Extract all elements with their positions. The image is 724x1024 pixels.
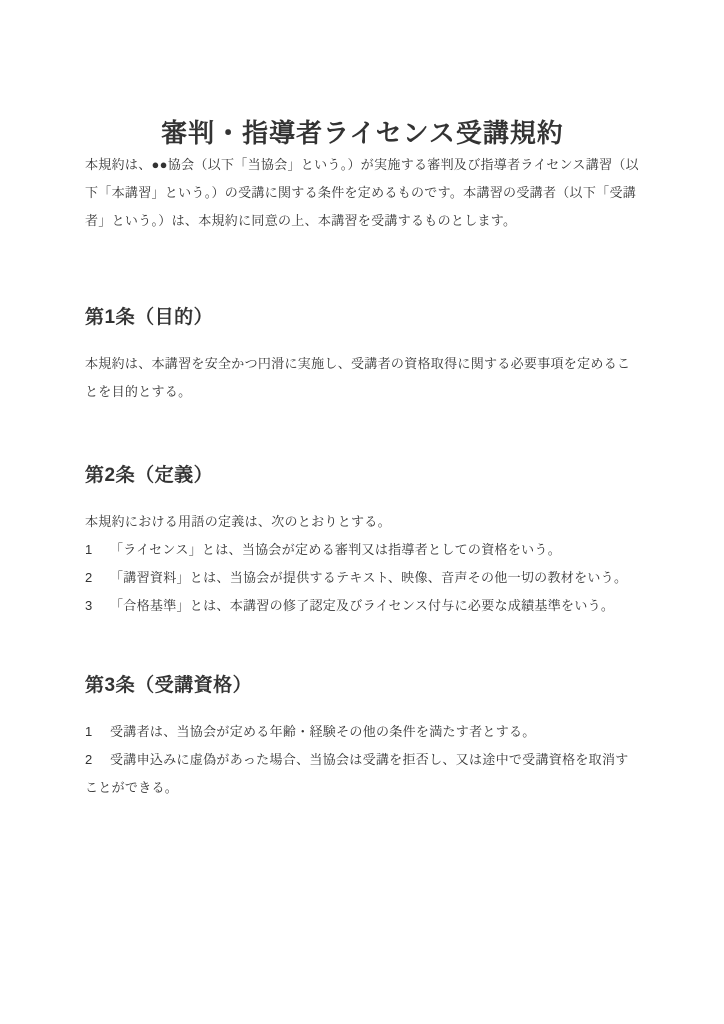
item-text: 受講者は、当協会が定める年齢・経験その他の条件を満たす者とする。 [110,724,536,739]
item-number: 1 [85,718,94,746]
document-page: 審判・指導者ライセンス受講規約 本規約は、●●協会（以下「当協会」という。）が実… [0,0,724,1024]
section-heading-article-2: 第2条（定義） [85,462,640,490]
section-paragraph: 本規約における用語の定義は、次のとおりとする。 [85,508,640,536]
numbered-item: 2「講習資料」とは、当協会が提供するテキスト、映像、音声その他一切の教材をいう。 [85,564,640,592]
item-text: 「ライセンス」とは、当協会が定める審判又は指導者としての資格をいう。 [110,542,561,557]
numbered-item: 3「合格基準」とは、本講習の修了認定及びライセンス付与に必要な成績基準をいう。 [85,592,640,620]
item-number: 3 [85,592,94,620]
section-article-2: 第2条（定義） 本規約における用語の定義は、次のとおりとする。 1「ライセンス」… [85,462,640,620]
section-heading-article-3: 第3条（受講資格） [85,672,640,700]
numbered-item: 2受講申込みに虚偽があった場合、当協会は受講を拒否し、又は途中で受講資格を取消す… [85,746,640,802]
item-number: 2 [85,746,94,774]
item-number: 1 [85,536,94,564]
item-text: 「講習資料」とは、当協会が提供するテキスト、映像、音声その他一切の教材をいう。 [110,570,627,585]
section-heading-article-1: 第1条（目的） [85,304,640,332]
section-paragraph: 本規約は、本講習を安全かつ円滑に実施し、受講者の資格取得に関する必要事項を定める… [85,350,640,406]
section-article-1: 第1条（目的） 本規約は、本講習を安全かつ円滑に実施し、受講者の資格取得に関する… [85,304,640,406]
item-text: 「合格基準」とは、本講習の修了認定及びライセンス付与に必要な成績基準をいう。 [110,598,614,613]
numbered-item: 1「ライセンス」とは、当協会が定める審判又は指導者としての資格をいう。 [85,536,640,564]
intro-paragraph: 本規約は、●●協会（以下「当協会」という。）が実施する審判及び指導者ライセンス講… [85,151,640,235]
section-article-3: 第3条（受講資格） 1受講者は、当協会が定める年齢・経験その他の条件を満たす者と… [85,672,640,802]
item-number: 2 [85,564,94,592]
numbered-item: 1受講者は、当協会が定める年齢・経験その他の条件を満たす者とする。 [85,718,640,746]
item-text: 受講申込みに虚偽があった場合、当協会は受講を拒否し、又は途中で受講資格を取消すこ… [85,752,629,795]
document-title: 審判・指導者ライセンス受講規約 [85,115,640,151]
